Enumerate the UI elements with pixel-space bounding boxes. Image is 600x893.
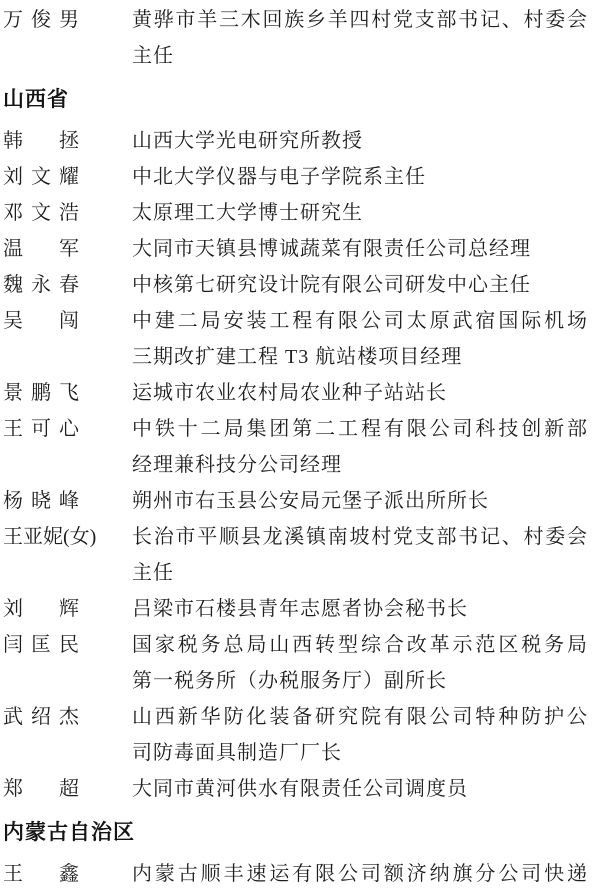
entry-row: 王可心 中铁十二局集团第二工程有限公司科技创新部经理兼科技分公司经理	[3, 411, 588, 483]
title-line: 山西新华防化装备研究院有限公司特种防护公	[132, 699, 588, 735]
person-title: 大同市天镇县博诚蔬菜有限责任公司总经理	[132, 231, 588, 267]
person-title: 山西大学光电研究所教授	[132, 123, 588, 159]
person-name: 武绍杰	[3, 699, 79, 735]
person-title: 国家税务总局山西转型综合改革示范区税务局第一税务所（办税服务厅）副所长	[132, 627, 588, 699]
title-line: 中核第七研究设计院有限公司研发中心主任	[132, 267, 588, 303]
person-title: 山西新华防化装备研究院有限公司特种防护公司防毒面具制造厂厂长	[132, 699, 588, 771]
title-line: 山西大学光电研究所教授	[132, 123, 588, 159]
title-line: 三期改扩建工程 T3 航站楼项目经理	[132, 339, 588, 375]
title-line: 内蒙古顺丰速运有限公司额济纳旗分公司快递	[132, 856, 588, 892]
name-cell: 万俊男	[3, 2, 132, 38]
title-line: 中铁十二局集团第二工程有限公司科技创新部	[132, 411, 588, 447]
person-name: 韩拯	[3, 123, 79, 159]
person-name: 杨晓峰	[3, 483, 79, 519]
title-line: 经理兼科技分公司经理	[132, 447, 588, 483]
person-name: 王亚妮(女)	[3, 519, 79, 555]
entry-row: 王鑫 内蒙古顺丰速运有限公司额济纳旗分公司快递	[3, 856, 588, 892]
title-line: 主任	[132, 38, 588, 74]
section-header: 内蒙古自治区	[3, 815, 588, 851]
person-title: 黄骅市羊三木回族乡羊四村党支部书记、村委会主任	[132, 2, 588, 74]
person-title: 太原理工大学博士研究生	[132, 195, 588, 231]
person-name: 魏永春	[3, 267, 79, 303]
title-line: 国家税务总局山西转型综合改革示范区税务局	[132, 627, 588, 663]
person-name: 郑超	[3, 771, 79, 807]
title-line: 司防毒面具制造厂厂长	[132, 735, 588, 771]
entry-row: 刘辉 吕梁市石楼县青年志愿者协会秘书长	[3, 591, 588, 627]
title-line: 长治市平顺县龙溪镇南坡村党支部书记、村委会	[132, 519, 588, 555]
title-line: 第一税务所（办税服务厅）副所长	[132, 663, 588, 699]
entry-row: 温军 大同市天镇县博诚蔬菜有限责任公司总经理	[3, 231, 588, 267]
entry-row: 韩拯 山西大学光电研究所教授	[3, 123, 588, 159]
entry-row: 郑超 大同市黄河供水有限责任公司调度员	[3, 771, 588, 807]
name-cell: 温军	[3, 231, 132, 267]
name-cell: 王亚妮(女)	[3, 519, 132, 555]
title-line: 主任	[132, 555, 588, 591]
document-page: 万俊男 黄骅市羊三木回族乡羊四村党支部书记、村委会主任 山西省 韩拯 山西大学光…	[0, 0, 600, 892]
person-name: 温军	[3, 231, 79, 267]
name-cell: 刘文耀	[3, 159, 132, 195]
person-name: 景鹏飞	[3, 375, 79, 411]
name-cell: 韩拯	[3, 123, 132, 159]
name-cell: 吴闯	[3, 303, 132, 339]
person-name: 王可心	[3, 411, 79, 447]
entry-row: 杨晓峰 朔州市右玉县公安局元堡子派出所所长	[3, 483, 588, 519]
entry-row: 邓文浩 太原理工大学博士研究生	[3, 195, 588, 231]
person-title: 朔州市右玉县公安局元堡子派出所所长	[132, 483, 588, 519]
person-title: 吕梁市石楼县青年志愿者协会秘书长	[132, 591, 588, 627]
person-title: 运城市农业农村局农业种子站站长	[132, 375, 588, 411]
person-title: 大同市黄河供水有限责任公司调度员	[132, 771, 588, 807]
title-line: 中建二局安装工程有限公司太原武宿国际机场	[132, 303, 588, 339]
name-cell: 闫匡民	[3, 627, 132, 663]
name-cell: 王可心	[3, 411, 132, 447]
entry-row: 魏永春 中核第七研究设计院有限公司研发中心主任	[3, 267, 588, 303]
entry-row: 吴闯 中建二局安装工程有限公司太原武宿国际机场三期改扩建工程 T3 航站楼项目经…	[3, 303, 588, 375]
person-title: 中核第七研究设计院有限公司研发中心主任	[132, 267, 588, 303]
name-cell: 武绍杰	[3, 699, 132, 735]
title-line: 运城市农业农村局农业种子站站长	[132, 375, 588, 411]
title-line: 朔州市右玉县公安局元堡子派出所所长	[132, 483, 588, 519]
title-line: 大同市天镇县博诚蔬菜有限责任公司总经理	[132, 231, 588, 267]
section-header: 山西省	[3, 82, 588, 118]
person-title: 中建二局安装工程有限公司太原武宿国际机场三期改扩建工程 T3 航站楼项目经理	[132, 303, 588, 375]
entry-row: 王亚妮(女) 长治市平顺县龙溪镇南坡村党支部书记、村委会主任	[3, 519, 588, 591]
entry-row: 武绍杰 山西新华防化装备研究院有限公司特种防护公司防毒面具制造厂厂长	[3, 699, 588, 771]
title-line: 太原理工大学博士研究生	[132, 195, 588, 231]
person-name: 万俊男	[3, 2, 79, 38]
person-name: 刘文耀	[3, 159, 79, 195]
name-cell: 郑超	[3, 771, 132, 807]
title-line: 中北大学仪器与电子学院系主任	[132, 159, 588, 195]
entry-row: 闫匡民 国家税务总局山西转型综合改革示范区税务局第一税务所（办税服务厅）副所长	[3, 627, 588, 699]
person-title: 长治市平顺县龙溪镇南坡村党支部书记、村委会主任	[132, 519, 588, 591]
entry-row: 刘文耀 中北大学仪器与电子学院系主任	[3, 159, 588, 195]
person-title: 中铁十二局集团第二工程有限公司科技创新部经理兼科技分公司经理	[132, 411, 588, 483]
person-name: 邓文浩	[3, 195, 79, 231]
person-name: 刘辉	[3, 591, 79, 627]
name-cell: 景鹏飞	[3, 375, 132, 411]
entry-row: 景鹏飞 运城市农业农村局农业种子站站长	[3, 375, 588, 411]
name-cell: 杨晓峰	[3, 483, 132, 519]
person-title: 中北大学仪器与电子学院系主任	[132, 159, 588, 195]
name-cell: 王鑫	[3, 856, 132, 892]
person-title: 内蒙古顺丰速运有限公司额济纳旗分公司快递	[132, 856, 588, 892]
person-name: 闫匡民	[3, 627, 79, 663]
name-cell: 魏永春	[3, 267, 132, 303]
person-name: 吴闯	[3, 303, 79, 339]
title-line: 大同市黄河供水有限责任公司调度员	[132, 771, 588, 807]
title-line: 黄骅市羊三木回族乡羊四村党支部书记、村委会	[132, 2, 588, 38]
title-line: 吕梁市石楼县青年志愿者协会秘书长	[132, 591, 588, 627]
name-cell: 邓文浩	[3, 195, 132, 231]
name-cell: 刘辉	[3, 591, 132, 627]
person-name: 王鑫	[3, 856, 79, 892]
entry-row: 万俊男 黄骅市羊三木回族乡羊四村党支部书记、村委会主任	[3, 2, 588, 74]
